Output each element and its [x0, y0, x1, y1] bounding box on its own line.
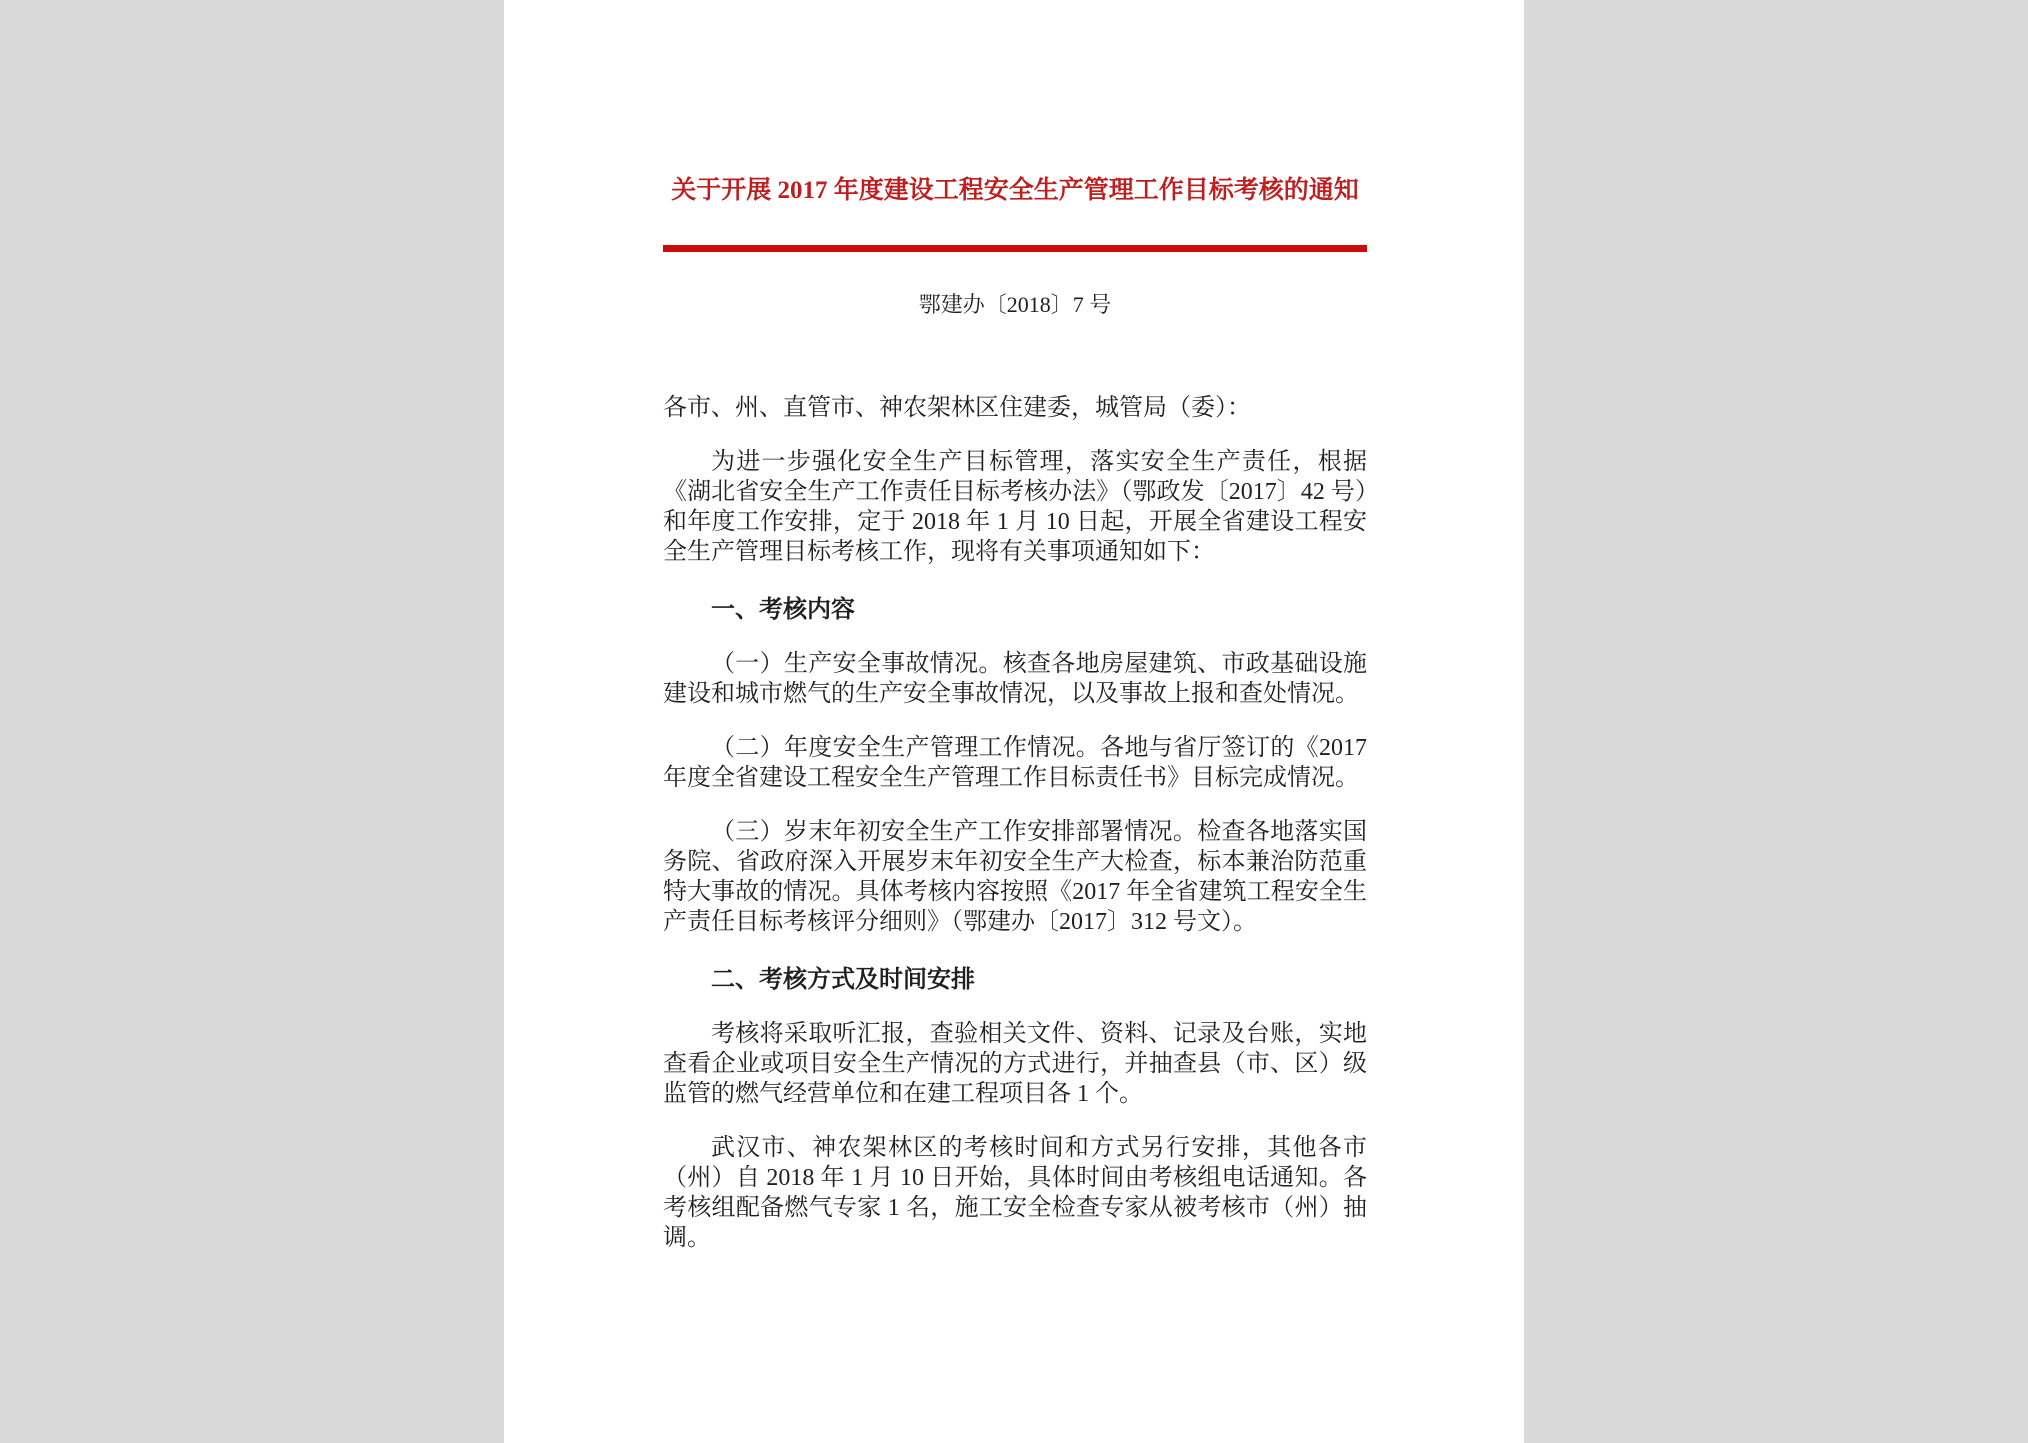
item-1-paragraph: （一）生产安全事故情况。核查各地房屋建筑、市政基础设施建设和城市燃气的生产安全事…	[663, 649, 1367, 709]
schedule-paragraph: 武汉市、神农架林区的考核时间和方式另行安排，其他各市（州）自 2018 年 1 …	[663, 1133, 1367, 1253]
document-content: 关于开展 2017 年度建设工程安全生产管理工作目标考核的通知 鄂建办〔2018…	[663, 0, 1367, 1253]
item-3-paragraph: （三）岁末年初安全生产工作安排部署情况。检查各地落实国务院、省政府深入开展岁末年…	[663, 817, 1367, 937]
document-title: 关于开展 2017 年度建设工程安全生产管理工作目标考核的通知	[663, 174, 1367, 208]
document-page: 关于开展 2017 年度建设工程安全生产管理工作目标考核的通知 鄂建办〔2018…	[504, 0, 1524, 1443]
method-paragraph: 考核将采取听汇报，查验相关文件、资料、记录及台账，实地查看企业或项目安全生产情况…	[663, 1019, 1367, 1109]
document-number: 鄂建办〔2018〕7 号	[663, 290, 1367, 320]
document-canvas: 关于开展 2017 年度建设工程安全生产管理工作目标考核的通知 鄂建办〔2018…	[0, 0, 2028, 1443]
title-divider-rule	[663, 245, 1367, 252]
left-margin-strip	[0, 0, 504, 1443]
item-2-paragraph: （二）年度安全生产管理工作情况。各地与省厅签订的《2017 年度全省建设工程安全…	[663, 733, 1367, 793]
intro-paragraph: 为进一步强化安全生产目标管理，落实安全生产责任，根据《湖北省安全生产工作责任目标…	[663, 447, 1367, 567]
right-margin-strip	[1524, 0, 2028, 1443]
section-heading-1: 一、考核内容	[663, 595, 1367, 625]
section-heading-2: 二、考核方式及时间安排	[663, 965, 1367, 995]
salutation-line: 各市、州、直管市、神农架林区住建委，城管局（委）：	[663, 393, 1367, 423]
